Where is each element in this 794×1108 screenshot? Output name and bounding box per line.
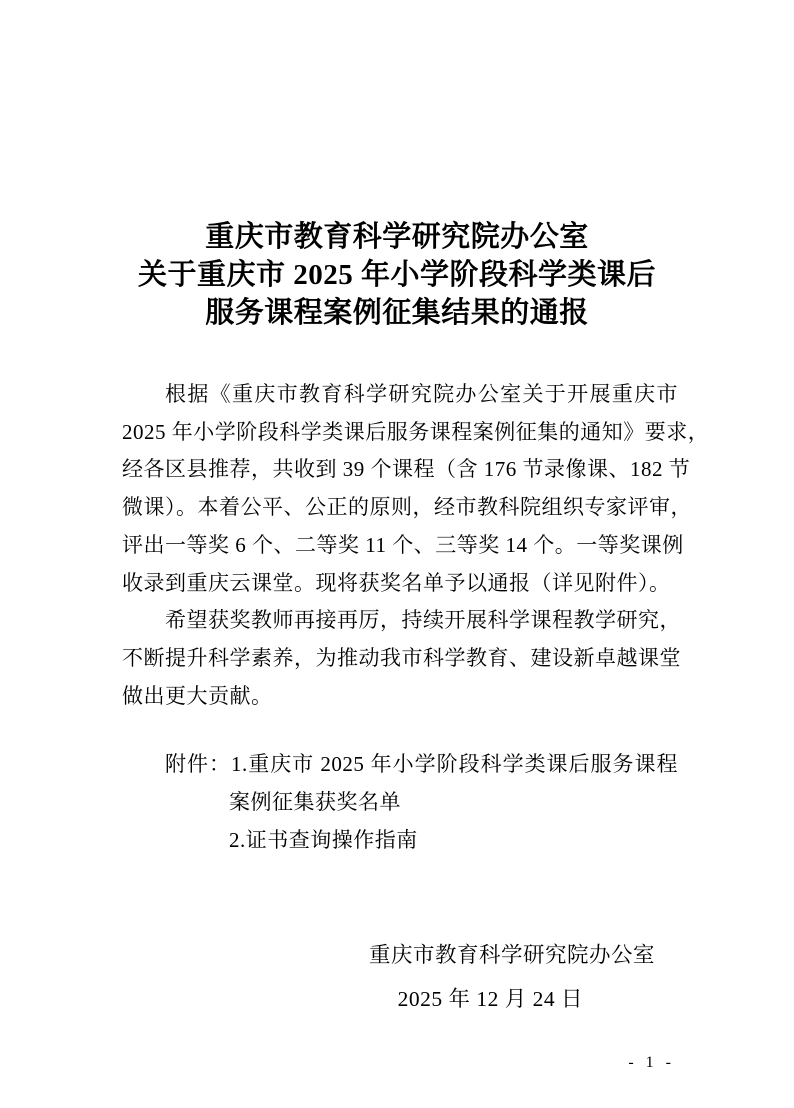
attachment-line-2: 案例征集获奖名单 bbox=[229, 784, 678, 822]
page-number: - 1 - bbox=[628, 1054, 675, 1072]
title-line-2: 关于重庆市 2025 年小学阶段科学类课后 bbox=[0, 256, 794, 294]
body-line: 收录到重庆云课堂。现将获奖名单予以通报（详见附件）。 bbox=[122, 565, 678, 603]
signature-organization: 重庆市教育科学研究院办公室 bbox=[122, 933, 678, 977]
attachment-section: 附件：1.重庆市 2025 年小学阶段科学类课后服务课程 案例征集获奖名单 2.… bbox=[122, 746, 678, 859]
document-body: 根据《重庆市教育科学研究院办公室关于开展重庆市 2025 年小学阶段科学类课后服… bbox=[122, 376, 678, 1021]
attachment-line-1: 附件：1.重庆市 2025 年小学阶段科学类课后服务课程 bbox=[122, 746, 678, 784]
body-line: 不断提升科学素养，为推动我市科学教育、建设新卓越课堂 bbox=[122, 640, 678, 678]
body-line: 根据《重庆市教育科学研究院办公室关于开展重庆市 bbox=[122, 376, 678, 414]
signature-date: 2025 年 12 月 24 日 bbox=[122, 977, 678, 1021]
title-line-1: 重庆市教育科学研究院办公室 bbox=[0, 218, 794, 256]
title-line-3: 服务课程案例征集结果的通报 bbox=[0, 294, 794, 332]
body-line: 评出一等奖 6 个、二等奖 11 个、三等奖 14 个。一等奖课例 bbox=[122, 527, 678, 565]
document-title: 重庆市教育科学研究院办公室 关于重庆市 2025 年小学阶段科学类课后 服务课程… bbox=[0, 0, 794, 332]
document-page: 重庆市教育科学研究院办公室 关于重庆市 2025 年小学阶段科学类课后 服务课程… bbox=[0, 0, 794, 1108]
signature-block: 重庆市教育科学研究院办公室 2025 年 12 月 24 日 bbox=[122, 933, 678, 1021]
attachment-line-3: 2.证书查询操作指南 bbox=[229, 822, 678, 860]
body-line: 经各区县推荐，共收到 39 个课程（含 176 节录像课、182 节 bbox=[122, 451, 678, 489]
paragraph-2: 希望获奖教师再接再厉，持续开展科学课程教学研究， 不断提升科学素养，为推动我市科… bbox=[122, 602, 678, 715]
body-line: 2025 年小学阶段科学类课后服务课程案例征集的通知》要求， bbox=[122, 414, 678, 452]
body-line: 微课）。本着公平、公正的原则，经市教科院组织专家评审， bbox=[122, 489, 678, 527]
body-line: 希望获奖教师再接再厉，持续开展科学课程教学研究， bbox=[122, 602, 678, 640]
body-line: 做出更大贡献。 bbox=[122, 678, 678, 716]
paragraph-1: 根据《重庆市教育科学研究院办公室关于开展重庆市 2025 年小学阶段科学类课后服… bbox=[122, 376, 678, 602]
